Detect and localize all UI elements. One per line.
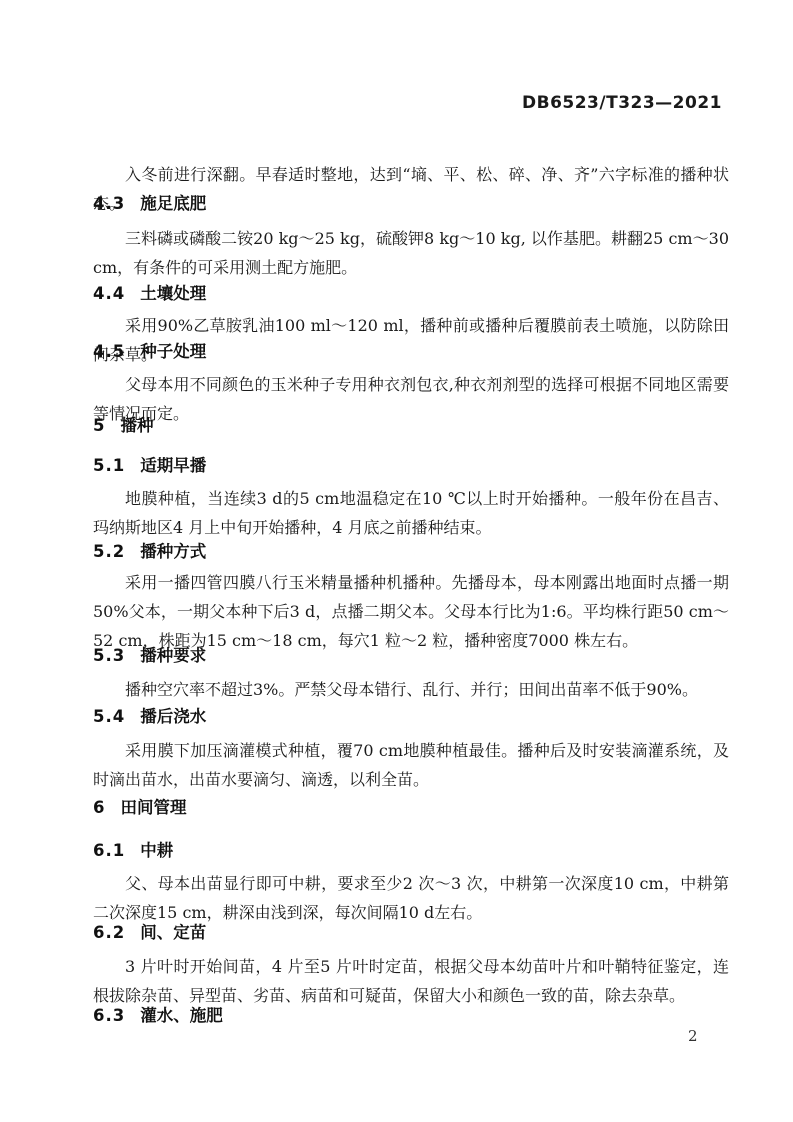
heading-4-3: 4.3施足底肥 bbox=[93, 193, 729, 215]
heading-title: 灌水、施肥 bbox=[140, 1006, 223, 1025]
heading-5: 5播种 bbox=[93, 415, 729, 437]
paragraph-sowing-method: 采用一播四管四膜八行玉米精量播种机播种。先播母本，母本刚露出地面时点播一期50%… bbox=[93, 568, 729, 655]
heading-title: 间、定苗 bbox=[140, 923, 206, 942]
paragraph-post-sowing-irrigation: 采用膜下加压滴灌模式种植，覆70 cm地膜种植最佳。播种后及时安装滴灌系统，及时… bbox=[93, 736, 729, 794]
heading-title: 种子处理 bbox=[140, 342, 206, 361]
heading-number: 5.2 bbox=[93, 541, 125, 563]
heading-4-5: 4.5种子处理 bbox=[93, 341, 729, 363]
heading-6-1: 6.1中耕 bbox=[93, 840, 729, 862]
heading-number: 4.3 bbox=[93, 193, 125, 215]
heading-4-4: 4.4土壤处理 bbox=[93, 283, 729, 305]
heading-5-3: 5.3播种要求 bbox=[93, 645, 729, 667]
heading-number: 5.3 bbox=[93, 645, 125, 667]
heading-5-1: 5.1适期早播 bbox=[93, 455, 729, 477]
heading-title: 土壤处理 bbox=[140, 284, 206, 303]
heading-title: 播种要求 bbox=[140, 646, 206, 665]
heading-title: 适期早播 bbox=[140, 456, 206, 475]
page-number: 2 bbox=[688, 1027, 698, 1045]
heading-title: 田间管理 bbox=[120, 798, 186, 817]
heading-6-2: 6.2间、定苗 bbox=[93, 922, 729, 944]
heading-number: 5.4 bbox=[93, 706, 125, 728]
paragraph-thinning-seedlings: 3 片叶时开始间苗，4 片至5 片叶时定苗，根据父母本幼苗叶片和叶鞘特征鉴定，连… bbox=[93, 952, 729, 1010]
heading-title: 播后浇水 bbox=[140, 707, 206, 726]
heading-number: 5 bbox=[93, 415, 105, 437]
heading-title: 播种 bbox=[120, 416, 153, 435]
paragraph-intertillage: 父、母本出苗显行即可中耕，要求至少2 次～3 次，中耕第一次深度10 cm，中耕… bbox=[93, 869, 729, 927]
heading-5-4: 5.4播后浇水 bbox=[93, 706, 729, 728]
heading-number: 6.1 bbox=[93, 840, 125, 862]
heading-5-2: 5.2播种方式 bbox=[93, 541, 729, 563]
heading-number: 6.2 bbox=[93, 922, 125, 944]
heading-number: 4.5 bbox=[93, 341, 125, 363]
heading-6-3: 6.3灌水、施肥 bbox=[93, 1005, 729, 1027]
standard-code-header: DB6523/T323—2021 bbox=[93, 93, 722, 113]
heading-title: 施足底肥 bbox=[140, 194, 206, 213]
heading-number: 6.3 bbox=[93, 1005, 125, 1027]
paragraph-early-sowing: 地膜种植，当连续3 d的5 cm地温稳定在10 ℃以上时开始播种。一般年份在昌吉… bbox=[93, 484, 729, 542]
heading-number: 4.4 bbox=[93, 283, 125, 305]
heading-6: 6田间管理 bbox=[93, 797, 729, 819]
heading-title: 中耕 bbox=[140, 841, 173, 860]
heading-title: 播种方式 bbox=[140, 542, 206, 561]
paragraph-sowing-requirements: 播种空穴率不超过3%。严禁父母本错行、乱行、并行；田间出苗率不低于90%。 bbox=[93, 675, 729, 704]
document-page: DB6523/T323—2021 入冬前进行深翻。早春适时整地，达到“墒、平、松… bbox=[0, 0, 793, 1122]
heading-number: 5.1 bbox=[93, 455, 125, 477]
heading-number: 6 bbox=[93, 797, 105, 819]
paragraph-base-fertilizer: 三料磷或磷酸二铵20 kg～25 kg，硫酸钾8 kg～10 kg, 以作基肥。… bbox=[93, 224, 729, 282]
